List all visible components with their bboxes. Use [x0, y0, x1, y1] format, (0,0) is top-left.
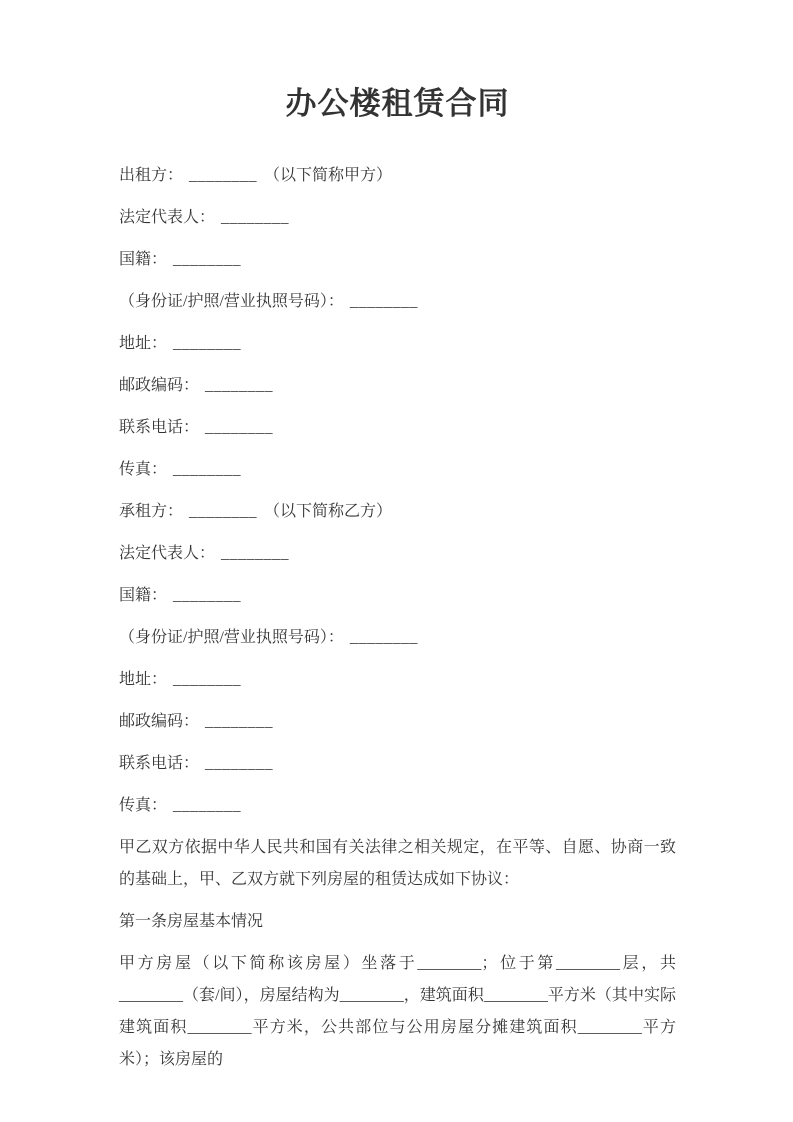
- form-line-id-number-b: （身份证/护照/营业执照号码）：________: [119, 622, 676, 654]
- form-line-nationality-b: 国籍：________: [119, 580, 676, 612]
- field-suffix: （以下简称乙方）: [264, 503, 392, 520]
- blank-line: ________: [221, 209, 289, 226]
- form-line-nationality-a: 国籍：________: [119, 244, 676, 276]
- section-1-heading: 第一条房屋基本情况: [119, 906, 676, 938]
- blank-line: ________: [205, 713, 273, 730]
- field-label: 邮政编码：: [119, 713, 199, 730]
- form-line-phone-b: 联系电话：________: [119, 748, 676, 780]
- field-label: 联系电话：: [119, 755, 199, 772]
- form-line-postcode-b: 邮政编码：________: [119, 706, 676, 738]
- field-label: 联系电话：: [119, 419, 199, 436]
- blank-line: ________: [173, 251, 241, 268]
- field-label: 承租方：: [119, 503, 183, 520]
- field-label: 传真：: [119, 797, 167, 814]
- field-label: 地址：: [119, 335, 167, 352]
- doc-title: 办公楼租赁合同: [119, 84, 676, 124]
- form-line-lessor: 出租方：________（以下简称甲方）: [119, 160, 676, 192]
- form-line-fax-a: 传真：________: [119, 454, 676, 486]
- blank-line: ________: [173, 671, 241, 688]
- field-label: （身份证/护照/营业执照号码）：: [119, 629, 344, 646]
- blank-line: ________: [173, 797, 241, 814]
- blank-line: ________: [173, 461, 241, 478]
- form-line-phone-a: 联系电话：________: [119, 412, 676, 444]
- blank-line: ________: [173, 335, 241, 352]
- blank-line: ________: [350, 629, 418, 646]
- form-line-fax-b: 传真：________: [119, 790, 676, 822]
- form-line-lessee: 承租方：________（以下简称乙方）: [119, 496, 676, 528]
- blank-line: ________: [350, 293, 418, 310]
- field-label: 国籍：: [119, 251, 167, 268]
- contract-page: 办公楼租赁合同 出租方：________（以下简称甲方） 法定代表人：_____…: [0, 0, 793, 1122]
- form-line-address-b: 地址：________: [119, 664, 676, 696]
- form-line-legal-rep-a: 法定代表人：________: [119, 202, 676, 234]
- field-label: （身份证/护照/营业执照号码）：: [119, 293, 344, 310]
- field-label: 法定代表人：: [119, 545, 215, 562]
- form-line-legal-rep-b: 法定代表人：________: [119, 538, 676, 570]
- form-line-id-number-a: （身份证/护照/营业执照号码）：________: [119, 286, 676, 318]
- blank-line: ________: [205, 755, 273, 772]
- field-label: 国籍：: [119, 587, 167, 604]
- form-line-postcode-a: 邮政编码：________: [119, 370, 676, 402]
- section-1-body: 甲方房屋（以下简称该房屋）坐落于________；位于第________层，共_…: [119, 948, 676, 1076]
- form-line-address-a: 地址：________: [119, 328, 676, 360]
- blank-line: ________: [205, 419, 273, 436]
- blank-line: ________: [173, 587, 241, 604]
- blank-line: ________: [221, 545, 289, 562]
- field-suffix: （以下简称甲方）: [264, 167, 392, 184]
- field-label: 地址：: [119, 671, 167, 688]
- field-label: 出租方：: [119, 167, 183, 184]
- field-label: 邮政编码：: [119, 377, 199, 394]
- blank-line: ________: [189, 503, 257, 520]
- preamble-paragraph: 甲乙双方依据中华人民共和国有关法律之相关规定，在平等、自愿、协商一致的基础上，甲…: [119, 832, 676, 896]
- blank-line: ________: [189, 167, 257, 184]
- field-label: 传真：: [119, 461, 167, 478]
- blank-line: ________: [205, 377, 273, 394]
- field-label: 法定代表人：: [119, 209, 215, 226]
